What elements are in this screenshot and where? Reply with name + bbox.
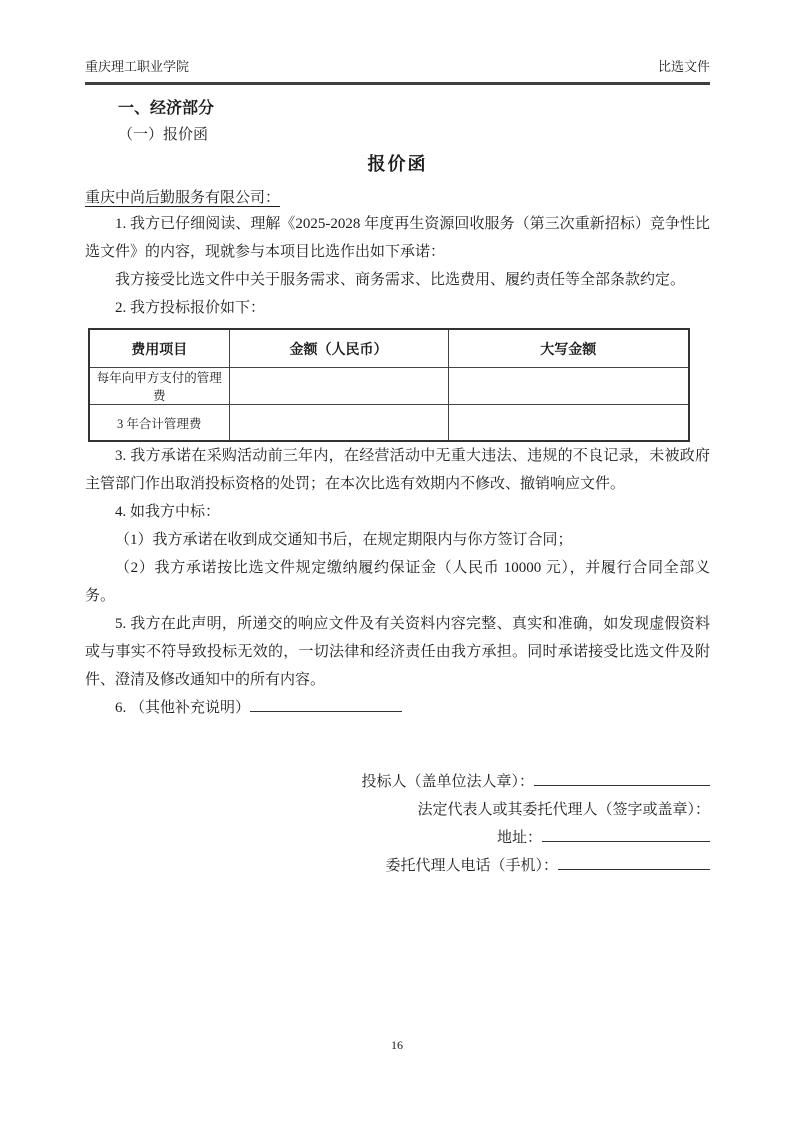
page-number: 16 [0, 1038, 794, 1053]
header-left-text: 重庆理工职业学院 [85, 56, 189, 75]
paragraph-no-violations: 3. 我方承诺在采购活动前三年内，在经营活动中无重大违法、违规的不良记录，未被政… [85, 442, 710, 498]
salutation-company-name: 重庆中尚后勤服务有限公司： [85, 186, 710, 207]
paragraph-accept-terms: 我方接受比选文件中关于服务需求、商务需求、比选费用、履约责任等全部条款约定。 [85, 266, 710, 294]
column-header-amount-words: 大写金额 [448, 329, 689, 368]
signature-line-phone: 委托代理人电话（手机）： [85, 852, 710, 880]
bidder-seal-blank[interactable] [534, 770, 710, 786]
page-header: 重庆理工职业学院 比选文件 [85, 56, 710, 85]
cell-amount-words-total[interactable] [448, 405, 689, 442]
paragraph-performance-bond: （2）我方承诺按比选文件规定缴纳履约保证金（人民币 10000 元），并履行合同… [85, 554, 710, 610]
paragraph-supplementary-notes: 6. （其他补充说明） [85, 694, 710, 722]
paragraph-if-awarded: 4. 如我方中标： [85, 498, 710, 526]
supplementary-notes-label: 6. （其他补充说明） [115, 700, 250, 716]
bidder-label: 投标人（盖单位法人章）： [361, 774, 534, 790]
paragraph-sign-contract: （1）我方承诺在收到成交通知书后，在规定期限内与你方签订合同； [85, 526, 710, 554]
page-content: 重庆理工职业学院 比选文件 一、经济部分 （一）报价函 报价函 重庆中尚后勤服务… [85, 56, 710, 880]
table-header-row: 费用项目 金额（人民币） 大写金额 [89, 329, 689, 368]
paragraph-commitment-intro: 1. 我方已仔细阅读、理解《2025-2028 年度再生资源回收服务（第三次重新… [85, 210, 710, 266]
address-blank[interactable] [542, 826, 710, 842]
table-row: 每年向甲方支付的管理费 [89, 368, 689, 405]
table-row: 3 年合计管理费 [89, 405, 689, 442]
paragraph-declaration: 5. 我方在此声明，所递交的响应文件及有关资料内容完整、真实和准确，如发现虚假资… [85, 610, 710, 694]
cell-amount-words-annual[interactable] [448, 368, 689, 405]
signature-line-bidder: 投标人（盖单位法人章）： [85, 768, 710, 796]
section-heading: 一、经济部分 [118, 95, 710, 118]
column-header-fee-item: 费用项目 [89, 329, 229, 368]
cell-fee-item-annual: 每年向甲方支付的管理费 [89, 368, 229, 405]
document-page: 重庆理工职业学院 比选文件 一、经济部分 （一）报价函 报价函 重庆中尚后勤服务… [0, 0, 794, 1122]
paragraph-quote-intro: 2. 我方投标报价如下： [85, 294, 710, 322]
subsection-heading: （一）报价函 [118, 123, 710, 144]
column-header-amount: 金额（人民币） [229, 329, 448, 368]
phone-label: 委托代理人电话（手机）： [385, 858, 558, 874]
cell-amount-annual[interactable] [229, 368, 448, 405]
quotation-table: 费用项目 金额（人民币） 大写金额 每年向甲方支付的管理费 3 年合计管理费 [88, 328, 690, 442]
representative-label: 法定代表人或其委托代理人（签字或盖章）： [417, 802, 710, 818]
supplementary-notes-blank[interactable] [250, 696, 402, 712]
header-right-text: 比选文件 [658, 56, 710, 75]
cell-amount-total[interactable] [229, 405, 448, 442]
signature-line-representative: 法定代表人或其委托代理人（签字或盖章）： [85, 796, 710, 824]
signature-line-address: 地址： [85, 824, 710, 852]
address-label: 地址： [497, 830, 542, 846]
phone-blank[interactable] [558, 854, 710, 870]
cell-fee-item-total: 3 年合计管理费 [89, 405, 229, 442]
signature-block: 投标人（盖单位法人章）： 法定代表人或其委托代理人（签字或盖章）： 地址： 委托… [85, 768, 710, 880]
document-title: 报价函 [85, 150, 710, 176]
